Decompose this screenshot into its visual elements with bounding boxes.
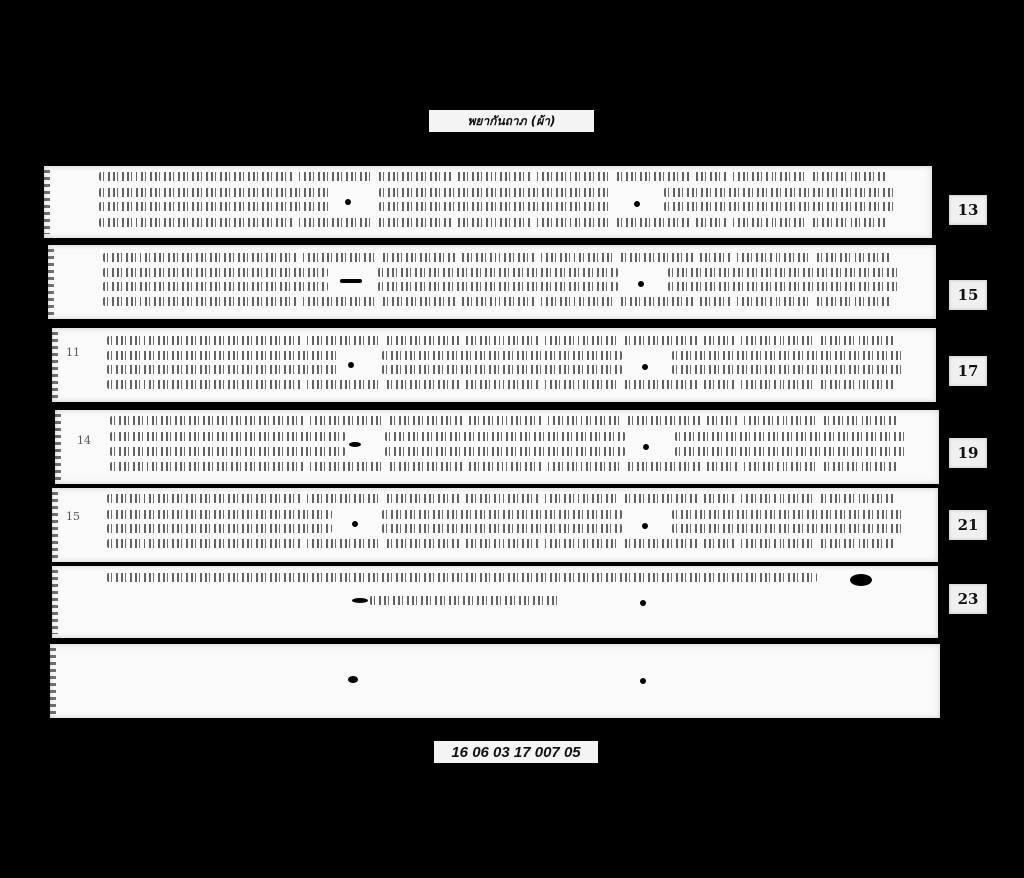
script-line	[99, 218, 892, 227]
script-line	[103, 268, 328, 277]
binding-hole	[640, 678, 646, 684]
binding-hole	[642, 523, 648, 529]
binding-hole	[345, 199, 351, 205]
script-line	[99, 172, 892, 181]
script-line	[378, 282, 618, 291]
script-line	[668, 268, 898, 277]
script-line	[672, 365, 902, 374]
catalog-number-label: 16 06 03 17 007 05	[434, 741, 598, 763]
script-line	[668, 282, 898, 291]
script-line	[675, 432, 905, 441]
binding-hole	[643, 444, 649, 450]
binding-hole	[348, 676, 358, 683]
script-line	[110, 447, 345, 456]
manuscript-title-label: พยากันถาภ (ผ้า)	[429, 110, 594, 132]
folio-number-label: 19	[949, 438, 987, 468]
script-line	[107, 351, 337, 360]
script-line	[107, 380, 896, 389]
binding-hole	[634, 201, 640, 207]
binding-hole	[640, 600, 646, 606]
margin-page-mark: 14	[77, 434, 91, 447]
binding-hole	[348, 362, 354, 368]
script-line	[672, 510, 902, 519]
script-line	[379, 188, 609, 197]
script-line	[107, 573, 817, 582]
script-line	[379, 202, 609, 211]
script-line	[103, 297, 896, 306]
margin-page-mark: 15	[66, 510, 80, 523]
script-line	[110, 432, 345, 441]
palm-leaf-1	[44, 166, 932, 238]
palm-leaf-2	[48, 245, 936, 319]
script-line	[672, 524, 902, 533]
palm-leaf-5: 15	[52, 488, 938, 562]
script-line	[382, 510, 622, 519]
script-line	[107, 510, 332, 519]
script-line	[385, 432, 625, 441]
script-line	[99, 188, 329, 197]
folio-number-label: 23	[949, 584, 987, 614]
script-line	[664, 202, 894, 211]
palm-leaf-7-blank	[50, 644, 940, 718]
ink-blot	[850, 574, 872, 586]
palm-leaf-6	[52, 566, 938, 638]
script-line	[103, 253, 896, 262]
script-line	[382, 365, 622, 374]
script-line	[103, 282, 328, 291]
binding-hole	[340, 279, 362, 283]
script-line	[110, 416, 899, 425]
binding-hole	[642, 364, 648, 370]
script-line	[675, 447, 905, 456]
script-line	[385, 447, 625, 456]
script-line	[370, 596, 560, 605]
script-line	[664, 188, 894, 197]
script-line	[378, 268, 618, 277]
margin-page-mark: 11	[66, 346, 80, 359]
script-line	[99, 202, 329, 211]
script-line	[110, 462, 899, 471]
script-line	[382, 351, 622, 360]
script-line	[107, 494, 898, 503]
script-line	[107, 365, 337, 374]
script-line	[107, 524, 332, 533]
binding-hole	[638, 281, 644, 287]
binding-hole	[349, 442, 361, 447]
script-line	[107, 336, 896, 345]
script-line	[107, 539, 898, 548]
script-line	[382, 524, 622, 533]
binding-hole	[352, 521, 358, 527]
palm-leaf-4: 14	[55, 410, 939, 484]
binding-hole	[352, 598, 368, 603]
palm-leaf-3: 11	[52, 328, 936, 402]
folio-number-label: 13	[949, 195, 987, 225]
script-line	[672, 351, 902, 360]
folio-number-label: 15	[949, 280, 987, 310]
folio-number-label: 21	[949, 510, 987, 540]
folio-number-label: 17	[949, 356, 987, 386]
